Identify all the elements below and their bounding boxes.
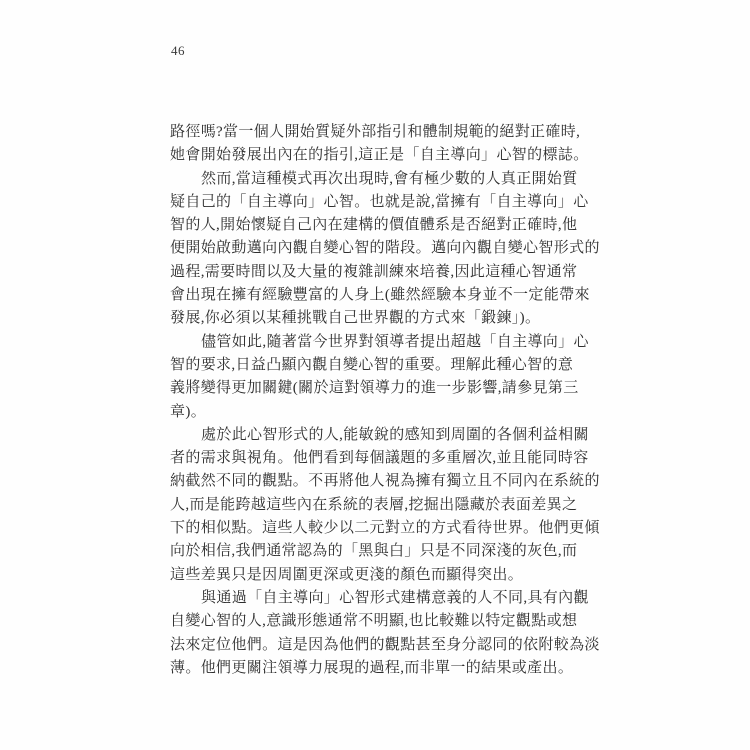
paragraph: 儘管如此,隨著當今世界對領導者提出超越「自主導向」心智的要求,日益凸顯內觀自變心… bbox=[170, 331, 610, 424]
text-line: 人,而是能跨越這些內在系統的表層,挖掘出隱藏於表面差異之 bbox=[170, 494, 610, 517]
text-line: 會出現在擁有經驗豐富的人身上(雖然經驗本身並不一定能帶來 bbox=[170, 284, 610, 307]
text-line: 薄。他們更關注領導力展現的過程,而非單一的結果或產出。 bbox=[170, 657, 610, 680]
text-line: 法來定位他們。這是因為他們的觀點甚至身分認同的依附較為淡 bbox=[170, 634, 610, 657]
text-line: 這些差異只是因周圍更深或更淺的顏色而顯得突出。 bbox=[170, 564, 610, 587]
text-line: 智的人,開始懷疑自己內在建構的價值體系是否絕對正確時,他 bbox=[170, 214, 610, 237]
text-line: 與通過「自主導向」心智形式建構意義的人不同,具有內觀 bbox=[170, 587, 610, 610]
paragraph: 路徑嗎?當一個人開始質疑外部指引和體制規範的絕對正確時,她會開始發展出內在的指引… bbox=[170, 121, 610, 168]
text-line: 下的相似點。這些人較少以二元對立的方式看待世界。他們更傾 bbox=[170, 517, 610, 540]
text-line: 自變心智的人,意識形態通常不明顯,也比較難以特定觀點或想 bbox=[170, 610, 610, 633]
text-line: 者的需求與視角。他們看到每個議題的多重層次,並且能同時容 bbox=[170, 447, 610, 470]
text-line: 義將變得更加關鍵(關於這對領導力的進一步影響,請參見第三 bbox=[170, 377, 610, 400]
text-line: 路徑嗎?當一個人開始質疑外部指引和體制規範的絕對正確時, bbox=[170, 121, 610, 144]
paragraph: 然而,當這種模式再次出現時,會有極少數的人真正開始質疑自己的「自主導向」心智。也… bbox=[170, 168, 610, 331]
paragraph: 處於此心智形式的人,能敏銳的感知到周圍的各個利益相關者的需求與視角。他們看到每個… bbox=[170, 424, 610, 587]
text-line: 然而,當這種模式再次出現時,會有極少數的人真正開始質 bbox=[170, 168, 610, 191]
text-line: 納截然不同的觀點。不再將他人視為擁有獨立且不同內在系統的 bbox=[170, 470, 610, 493]
text-block: 路徑嗎?當一個人開始質疑外部指引和體制規範的絕對正確時,她會開始發展出內在的指引… bbox=[170, 121, 610, 680]
text-line: 她會開始發展出內在的指引,這正是「自主導向」心智的標誌。 bbox=[170, 144, 610, 167]
text-line: 向於相信,我們通常認為的「黑與白」只是不同深淺的灰色,而 bbox=[170, 540, 610, 563]
book-page: 46 路徑嗎?當一個人開始質疑外部指引和體制規範的絕對正確時,她會開始發展出內在… bbox=[0, 0, 750, 750]
text-line: 儘管如此,隨著當今世界對領導者提出超越「自主導向」心 bbox=[170, 331, 610, 354]
text-line: 智的要求,日益凸顯內觀自變心智的重要。理解此種心智的意 bbox=[170, 354, 610, 377]
text-line: 過程,需要時間以及大量的複雜訓練來培養,因此這種心智通常 bbox=[170, 261, 610, 284]
text-line: 章)。 bbox=[170, 401, 610, 424]
text-line: 便開始啟動邁向內觀自變心智的階段。邁向內觀自變心智形式的 bbox=[170, 237, 610, 260]
page-number: 46 bbox=[171, 43, 185, 59]
paragraph: 與通過「自主導向」心智形式建構意義的人不同,具有內觀自變心智的人,意識形態通常不… bbox=[170, 587, 610, 680]
text-line: 疑自己的「自主導向」心智。也就是說,當擁有「自主導向」心 bbox=[170, 191, 610, 214]
text-line: 發展,你必須以某種挑戰自己世界觀的方式來「鍛鍊」)。 bbox=[170, 307, 610, 330]
text-line: 處於此心智形式的人,能敏銳的感知到周圍的各個利益相關 bbox=[170, 424, 610, 447]
